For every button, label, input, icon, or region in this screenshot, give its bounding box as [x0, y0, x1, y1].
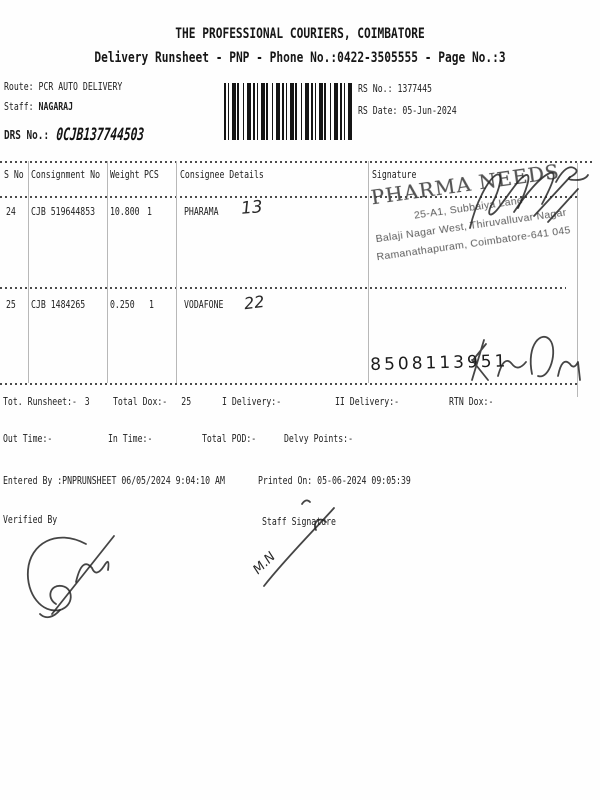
row-1-pcs: 1	[147, 207, 152, 219]
row-1-sno: 24	[6, 207, 16, 219]
recipient-signature-row-2	[464, 326, 582, 388]
drs-number: 0CJB137744503	[56, 125, 145, 145]
printed-on-line: Printed On: 05-06-2024 09:05:39	[258, 476, 411, 488]
rs-no-value: 1377445	[397, 83, 432, 95]
row-2-sno: 25	[6, 300, 16, 312]
col-header-consignee: Consignee Details	[180, 170, 264, 182]
total-dox: Total Dox:-25	[113, 397, 191, 409]
col-header-weight: Weight	[110, 170, 140, 182]
document-subtitle: Delivery Runsheet - PNP - Phone No.:0422…	[60, 50, 540, 66]
table-row-separator-rule	[0, 287, 566, 289]
row-1-consignee: PHARAMA	[184, 207, 219, 219]
row-2-handwritten-note: 22	[243, 292, 266, 313]
total-pod-label: Total POD:-	[202, 434, 256, 446]
verified-by-signature	[16, 524, 136, 619]
table-col-line-1	[28, 161, 29, 383]
entered-by-line: Entered By :PNPRUNSHEET 06/05/2024 9:04:…	[3, 476, 225, 488]
in-time-label: In Time:-	[108, 434, 152, 446]
col-header-consignment: Consignment No	[31, 170, 100, 182]
table-col-line-2	[107, 161, 108, 383]
rs-date-value: 05-Jun-2024	[402, 105, 456, 117]
row-1-weight: 10.800	[110, 207, 140, 219]
route-value: PCR AUTO DELIVERY	[39, 81, 123, 93]
row-2-weight: 0.250	[110, 300, 135, 312]
document-title: THE PROFESSIONAL COURIERS, COIMBATORE	[60, 26, 540, 42]
rtn-dox-label: RTN Dox:-	[449, 397, 493, 409]
rs-no-label: RS No.:	[358, 83, 397, 95]
col-header-sno: S No	[4, 170, 24, 182]
rs-date-line: RS Date: 05-Jun-2024	[358, 106, 457, 118]
staff-label: Staff:	[4, 101, 39, 113]
ii-delivery-label: II Delivery:-	[335, 397, 399, 409]
row-2-consignee: VODAFONE	[184, 300, 223, 312]
i-delivery-label: I Delivery:-	[222, 397, 281, 409]
staff-line: Staff: NAGARAJ	[4, 102, 73, 114]
rs-no-line: RS No.: 1377445	[358, 84, 432, 96]
pen-squiggle-mark	[552, 158, 592, 190]
runsheet-document: THE PROFESSIONAL COURIERS, COIMBATORE De…	[0, 0, 600, 800]
tot-runsheet-label: Tot. Runsheet:-	[3, 396, 77, 408]
row-2-consignment: CJB 1484265	[31, 300, 85, 312]
delvy-points-label: Delvy Points:-	[284, 434, 353, 446]
col-header-pcs: PCS	[144, 170, 159, 182]
row-1-handwritten-note: 13	[240, 197, 263, 219]
total-dox-value: 25	[181, 396, 191, 408]
tot-runsheet-value: 3	[85, 396, 90, 408]
table-col-line-3	[176, 161, 177, 383]
rs-barcode-icon	[224, 83, 352, 140]
tot-runsheet: Tot. Runsheet:-3	[3, 397, 90, 409]
drs-label: DRS No.:	[4, 129, 55, 142]
row-1-consignment: CJB 519644853	[31, 207, 95, 219]
route-line: Route: PCR AUTO DELIVERY	[4, 82, 122, 94]
rs-date-label: RS Date:	[358, 105, 402, 117]
route-label: Route:	[4, 81, 39, 93]
total-dox-label: Total Dox:-	[113, 396, 167, 408]
staff-signature-scribble	[246, 496, 351, 596]
row-2-pcs: 1	[149, 300, 154, 312]
out-time-label: Out Time:-	[3, 434, 52, 446]
staff-value: NAGARAJ	[39, 101, 74, 113]
